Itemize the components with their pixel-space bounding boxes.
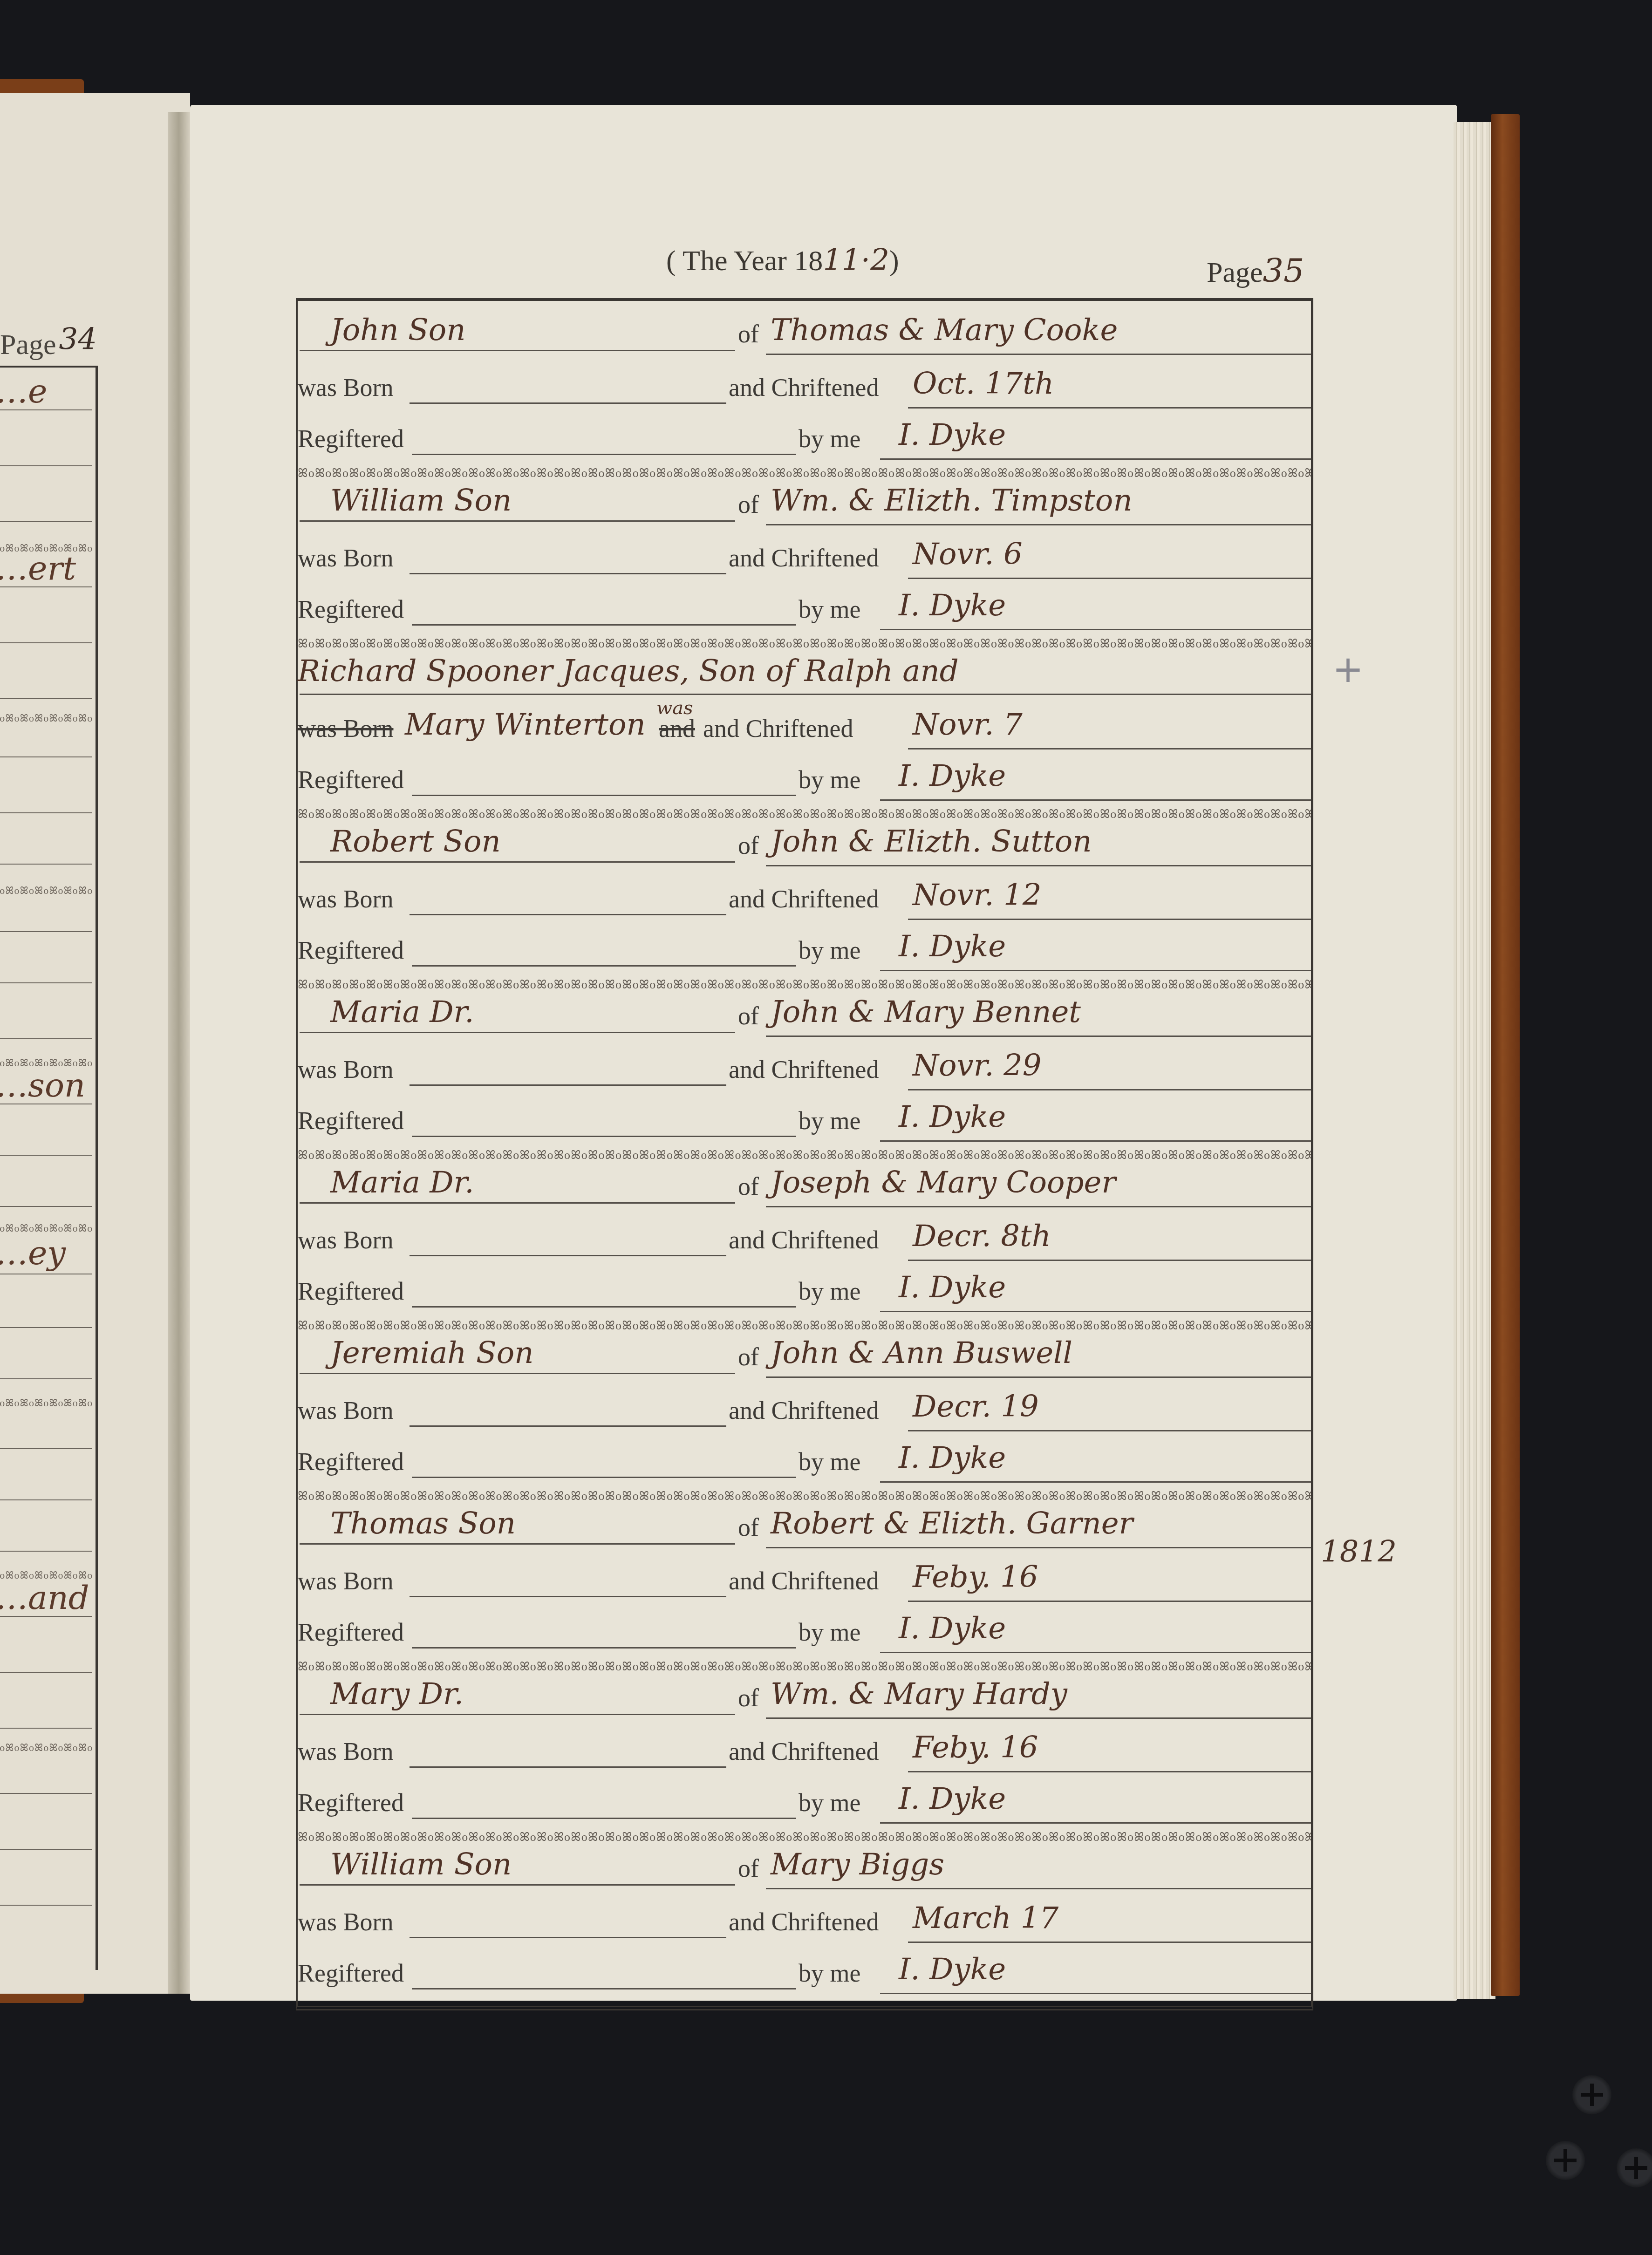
register-entry: Richard Spooner Jacques, Son of Ralph an… (298, 642, 1311, 814)
register-entry: Maria Dr.ofJoseph & Mary Cooperwas Borna… (298, 1153, 1311, 1326)
parents-name: Mary Biggs (771, 1847, 944, 1882)
was-born-label: was Born (298, 885, 393, 913)
was-born-label: was Born (298, 1908, 393, 1936)
name-row: Maria Dr.ofJoseph & Mary Cooper (298, 1153, 1311, 1205)
name-row: John SonofThomas & Mary Cooke (298, 301, 1311, 352)
by-me-label: by me (799, 1788, 860, 1817)
right-page-number-header: Page35 (1207, 252, 1304, 290)
and-christened-label: and Chriftened (729, 1908, 879, 1936)
register-entry: Jeremiah SonofJohn & Ann Buswellwas Born… (298, 1324, 1311, 1496)
cross-margin-mark: + (1332, 647, 1364, 691)
ornament-divider: ꕤoꕤoꕤoꕤoꕤoꕤoꕤoꕤoꕤoꕤoꕤoꕤoꕤoꕤoꕤoꕤoꕤoꕤoꕤoꕤo… (0, 712, 92, 724)
and-christened-label: and Chriftened (729, 1567, 879, 1595)
registrar-signature: I. Dyke (899, 1782, 1006, 1816)
parents-name: John & Ann Buswell (771, 1336, 1072, 1370)
registrar-signature: I. Dyke (899, 1100, 1006, 1134)
by-me-label: by me (799, 1447, 860, 1476)
year-header: ( The Year 1811·2) (666, 243, 899, 278)
registered-label: Regiftered (298, 936, 404, 965)
of-label: of (738, 1513, 759, 1542)
and-christened-label: and Chriftened (729, 373, 879, 402)
left-fragment-1: …e (0, 372, 47, 410)
name-row: Jeremiah SonofJohn & Ann Buswell (298, 1324, 1311, 1375)
book-gutter (168, 112, 190, 1994)
and-struck: and (659, 714, 695, 743)
of-label: of (738, 1683, 759, 1712)
was-born-label: was Born (298, 1567, 393, 1595)
of-label: of (738, 1342, 759, 1371)
left-fragment-5: …and (0, 1579, 89, 1617)
born-row: was Bornand ChriftenedNovr. 6 (298, 525, 1311, 576)
registrar-signature: I. Dyke (899, 1270, 1006, 1305)
page-number: 35 (1263, 252, 1304, 290)
of-label: of (738, 1001, 759, 1030)
registrar-signature: I. Dyke (899, 759, 1006, 793)
registrar-signature: I. Dyke (899, 1441, 1006, 1475)
name-row: Mary Dr.ofWm. & Mary Hardy (298, 1665, 1311, 1716)
baptism-register-table: John SonofThomas & Mary Cookewas Bornand… (296, 298, 1313, 2010)
page-edges (1454, 122, 1495, 1999)
christening-date: Decr. 19 (913, 1390, 1039, 1424)
by-me-label: by me (799, 936, 860, 965)
register-entry: John SonofThomas & Mary Cookewas Bornand… (298, 301, 1311, 473)
left-page-label: Page (0, 329, 56, 361)
year-handwritten: 11·2 (823, 243, 889, 278)
by-me-label: by me (799, 424, 860, 453)
name-row: William SonofMary Biggs (298, 1835, 1311, 1887)
left-page-register-fragment: …e ꕤoꕤoꕤoꕤoꕤoꕤoꕤoꕤoꕤoꕤoꕤoꕤoꕤoꕤoꕤoꕤoꕤoꕤoꕤ… (0, 366, 98, 1970)
left-fragment-4: …ey (0, 1234, 66, 1272)
name-row: William SonofWm. & Elizth. Timpston (298, 471, 1311, 523)
and-christened-label: and Chriftened (729, 1055, 879, 1084)
by-me-label: by me (799, 765, 860, 794)
and-christened-label: and Chriftened (729, 885, 879, 913)
was-born-label: was Born (298, 1737, 393, 1766)
by-me-label: by me (799, 1277, 860, 1306)
year-suffix: ) (889, 245, 899, 277)
registered-row: Regifteredby meI. Dyke (298, 917, 1311, 968)
child-name: John Son (330, 313, 466, 347)
parents-name: Wm. & Mary Hardy (771, 1677, 1067, 1711)
registered-row: Regifteredby meI. Dyke (298, 1258, 1311, 1309)
registered-row: Regifteredby meI. Dyke (298, 406, 1311, 457)
christening-date: Feby. 16 (913, 1560, 1038, 1594)
registered-row: Regifteredby meI. Dyke (298, 1770, 1311, 1821)
name-row: Robert SonofJohn & Elizth. Sutton (298, 812, 1311, 864)
and-christened-label: and Chriftened (729, 1396, 879, 1425)
book-cover-right (1491, 114, 1520, 1996)
was-born-label: was Born (298, 373, 393, 402)
christening-date: Novr. 7 (913, 708, 1023, 742)
register-entry: Mary Dr.ofWm. & Mary Hardywas Bornand Ch… (298, 1665, 1311, 1837)
left-fragment-3: …son (0, 1066, 85, 1104)
screw-icon (1546, 2141, 1585, 2180)
left-page-header: Page34 (0, 328, 56, 361)
of-label: of (738, 831, 759, 860)
register-entry: William SonofMary Biggswas Bornand Chrif… (298, 1835, 1311, 2008)
born-row: was BornMary Wintertonwasandand Chriften… (298, 695, 1311, 747)
and-christened-label: and Chriftened (729, 1226, 879, 1254)
year-prefix: ( The Year 18 (666, 245, 823, 277)
ornament-divider: ꕤoꕤoꕤoꕤoꕤoꕤoꕤoꕤoꕤoꕤoꕤoꕤoꕤoꕤoꕤoꕤoꕤoꕤoꕤoꕤo… (0, 1222, 92, 1234)
register-entry: Maria Dr.ofJohn & Mary Bennetwas Bornand… (298, 983, 1311, 1155)
child-name: Maria Dr. (330, 1165, 474, 1200)
child-name: Richard Spooner Jacques, Son of Ralph an… (298, 654, 959, 688)
registered-row: Regifteredby meI. Dyke (298, 1599, 1311, 1650)
was-born-label: was Born (298, 544, 393, 572)
registered-label: Regiftered (298, 1788, 404, 1817)
child-name: William Son (330, 484, 512, 518)
child-name: Jeremiah Son (330, 1336, 533, 1370)
of-label: of (738, 1172, 759, 1201)
of-label: of (738, 1854, 759, 1883)
left-page-number: 34 (59, 322, 97, 357)
born-row: was Bornand ChriftenedMarch 17 (298, 1889, 1311, 1940)
parents-name: Thomas & Mary Cooke (771, 313, 1118, 347)
christening-date: Feby. 16 (913, 1730, 1038, 1765)
screw-icon (1572, 2075, 1611, 2114)
was-born-label: was Born (298, 1055, 393, 1084)
of-label: of (738, 490, 759, 519)
registrar-signature: I. Dyke (899, 1611, 1006, 1646)
screw-icon (1617, 2148, 1652, 2187)
year-margin-note: 1812 (1321, 1535, 1397, 1569)
born-row: was Bornand ChriftenedFeby. 16 (298, 1718, 1311, 1770)
ornament-divider: ꕤoꕤoꕤoꕤoꕤoꕤoꕤoꕤoꕤoꕤoꕤoꕤoꕤoꕤoꕤoꕤoꕤoꕤoꕤoꕤo… (0, 1742, 92, 1754)
christening-date: March 17 (913, 1901, 1058, 1935)
name-row: Richard Spooner Jacques, Son of Ralph an… (298, 642, 1311, 693)
christening-date: Novr. 29 (913, 1049, 1041, 1083)
christening-date: Novr. 6 (913, 537, 1023, 572)
registrar-signature: I. Dyke (899, 929, 1006, 964)
by-me-label: by me (799, 1106, 860, 1135)
parents-name: John & Elizth. Sutton (771, 824, 1092, 859)
left-page: Page34 …e ꕤoꕤoꕤoꕤoꕤoꕤoꕤoꕤoꕤoꕤoꕤoꕤoꕤoꕤoꕤo… (0, 93, 190, 1994)
registrar-signature: I. Dyke (899, 588, 1006, 623)
of-label: of (738, 320, 759, 348)
born-row: was Bornand ChriftenedDecr. 8th (298, 1207, 1311, 1258)
and-christened-label: and Chriftened (729, 1737, 879, 1766)
born-row: was Bornand ChriftenedOct. 17th (298, 354, 1311, 406)
born-row: was Bornand ChriftenedNovr. 12 (298, 866, 1311, 917)
registered-label: Regiftered (298, 1959, 404, 1988)
ornament-divider: ꕤoꕤoꕤoꕤoꕤoꕤoꕤoꕤoꕤoꕤoꕤoꕤoꕤoꕤoꕤoꕤoꕤoꕤoꕤoꕤo… (0, 1397, 92, 1409)
by-me-label: by me (799, 1959, 860, 1988)
registered-label: Regiftered (298, 1106, 404, 1135)
born-row: was Bornand ChriftenedDecr. 19 (298, 1377, 1311, 1429)
registered-row: Regifteredby meI. Dyke (298, 1429, 1311, 1480)
ornament-divider: ꕤoꕤoꕤoꕤoꕤoꕤoꕤoꕤoꕤoꕤoꕤoꕤoꕤoꕤoꕤoꕤoꕤoꕤoꕤoꕤo… (0, 885, 92, 897)
christening-date: Oct. 17th (913, 367, 1054, 401)
registered-label: Regiftered (298, 1618, 404, 1647)
was-born-label: was Born (298, 1396, 393, 1425)
registered-label: Regiftered (298, 595, 404, 624)
child-name: William Son (330, 1847, 512, 1882)
register-entry: William SonofWm. & Elizth. Timpstonwas B… (298, 471, 1311, 644)
registered-label: Regiftered (298, 765, 404, 794)
name-row: Thomas SonofRobert & Elizth. Garner (298, 1494, 1311, 1546)
register-entry: Robert SonofJohn & Elizth. Suttonwas Bor… (298, 812, 1311, 985)
registered-label: Regiftered (298, 1447, 404, 1476)
and-christened-label: and Chriftened (729, 544, 879, 572)
by-me-label: by me (799, 1618, 860, 1647)
born-row: was Bornand ChriftenedNovr. 29 (298, 1036, 1311, 1088)
left-fragment-2: …ert (0, 549, 76, 587)
parents-name: John & Mary Bennet (771, 995, 1081, 1029)
christened-label: and Chriftened (703, 714, 853, 743)
parents-name: Robert & Elizth. Garner (771, 1506, 1133, 1541)
mother-name: Mary Winterton (405, 708, 646, 742)
parents-name: Wm. & Elizth. Timpston (771, 484, 1133, 518)
child-name: Thomas Son (330, 1506, 516, 1541)
registered-row: Regifteredby meI. Dyke (298, 1940, 1311, 1991)
registrar-signature: I. Dyke (899, 1952, 1006, 1987)
was-born-label-struck: was Born (298, 714, 393, 743)
registered-row: Regifteredby meI. Dyke (298, 1088, 1311, 1139)
name-row: Maria Dr.ofJohn & Mary Bennet (298, 983, 1311, 1034)
child-name: Maria Dr. (330, 995, 474, 1029)
child-name: Mary Dr. (330, 1677, 464, 1711)
registered-row: Regifteredby meI. Dyke (298, 747, 1311, 798)
register-entry: Thomas SonofRobert & Elizth. Garnerwas B… (298, 1494, 1311, 1667)
page-label: Page (1207, 257, 1263, 288)
born-row: was Bornand ChriftenedFeby. 16 (298, 1548, 1311, 1599)
christening-date: Novr. 12 (913, 878, 1041, 913)
by-me-label: by me (799, 595, 860, 624)
registered-label: Regiftered (298, 1277, 404, 1306)
was-born-label: was Born (298, 1226, 393, 1254)
christening-date: Decr. 8th (913, 1219, 1051, 1254)
registered-label: Regiftered (298, 424, 404, 453)
registrar-signature: I. Dyke (899, 418, 1006, 452)
parents-name: Joseph & Mary Cooper (771, 1165, 1116, 1200)
registered-row: Regifteredby meI. Dyke (298, 576, 1311, 627)
child-name: Robert Son (330, 824, 501, 859)
